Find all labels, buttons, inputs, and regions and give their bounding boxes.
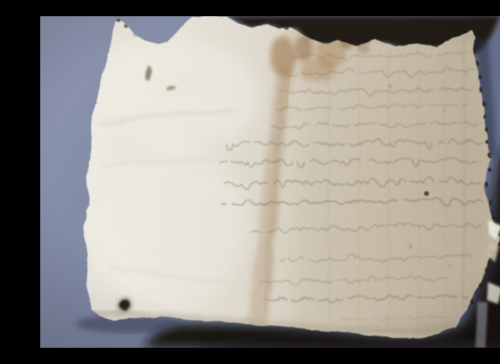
vignette [40, 16, 500, 348]
manuscript-photo-scene [40, 16, 500, 348]
manuscript-photograph: Photograph of a torn sheet of aged cream… [40, 16, 500, 348]
